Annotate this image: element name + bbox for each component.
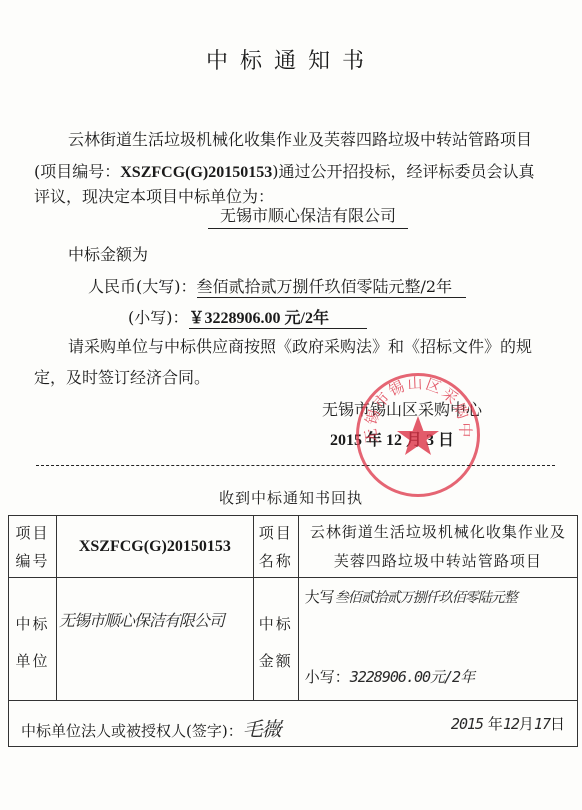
sign-date-day: 17 [534, 715, 550, 733]
notice-paragraph-line1: 云林街道生活垃圾机械化收集作业及芙蓉四路垃圾中转站管路项目 [68, 127, 532, 150]
project-code-suffix: )通过公开招投标，经评标委员会认真 [272, 162, 534, 181]
sign-date-month: 12 [503, 715, 519, 733]
winner-handwritten: 无锡市顺心保洁有限公司 [57, 611, 224, 630]
sign-date-year: 2015 [451, 715, 483, 733]
amount-lower-row: 小写：3228906.00元/2年 [305, 666, 474, 687]
winner-label: 中标 单位 [9, 578, 57, 701]
notice-paragraph-line2: (项目编号：XSZFCG(G)20150153)通过公开招投标，经评标委员会认真 [34, 159, 535, 182]
notice-paragraph2-line1: 请采购单位与中标供应商按照《政府采购法》和《招标文件》的规 [68, 334, 532, 357]
amount-lower-handwritten: 3228906.00元/2年 [350, 668, 474, 686]
amount-upper-row: 人民币(大写)：叁佰贰拾贰万捌仟玖佰零陆元整/2年 [88, 274, 466, 298]
issue-date: 2015 年 12 月 3 日 [330, 427, 454, 450]
cut-line-divider [36, 465, 555, 466]
sign-date: 2015 年12月17日 [451, 713, 565, 734]
amount-lower-label: 小写： [305, 668, 350, 686]
receipt-table: 项目 编号 XSZFCG(G)20150153 项目 名称 云林街道生活垃圾机械… [8, 515, 578, 747]
winning-company: 无锡市顺心保洁有限公司 [208, 203, 408, 229]
winner-handwritten-cell[interactable]: 无锡市顺心保洁有限公司 [56, 578, 253, 701]
project-code-label: 项目 编号 [9, 516, 57, 578]
issuer-name: 无锡市锡山区采购中心 [322, 397, 482, 420]
amount-upper-label: 人民币(大写)： [88, 277, 197, 296]
project-code: XSZFCG(G)20150153 [120, 164, 272, 181]
project-code-prefix: (项目编号： [34, 162, 120, 181]
amount-label: 中标 金额 [253, 578, 298, 701]
amount-upper-handwritten: 叁佰贰拾贰万捌仟玖佰零陆元整 [335, 590, 517, 606]
label-line: 金额 [254, 646, 298, 676]
label-line: 单位 [9, 646, 56, 676]
signature-cell[interactable]: 中标单位法人或被授权人(签字)：毛嶶 2015 年12月17日 [9, 701, 578, 747]
label-line: 项目 [254, 519, 298, 547]
sign-date-day-unit: 日 [550, 715, 565, 733]
amount-lower-value: ￥3228906.00 元/2年 [189, 305, 367, 329]
signature-label: 中标单位法人或被授权人(签字)： [21, 722, 243, 740]
table-row-winner: 中标 单位 无锡市顺心保洁有限公司 中标 金额 大写叁佰贰拾贰万捌仟玖佰零陆元整… [9, 578, 578, 701]
label-line: 中标 [9, 602, 56, 646]
signature-row: 中标单位法人或被授权人(签字)：毛嶶 [21, 713, 281, 742]
signature-handwritten: 毛嶶 [243, 717, 281, 741]
label-line: 名称 [254, 547, 298, 575]
amount-lower-label: (小写)： [128, 308, 189, 327]
document-title: 中标通知书 [0, 44, 582, 75]
label-line: 中标 [254, 602, 298, 646]
amount-heading: 中标金额为 [68, 242, 148, 265]
amount-upper-label: 大写 [305, 588, 335, 606]
project-name-label: 项目 名称 [253, 516, 298, 578]
table-row-signature: 中标单位法人或被授权人(签字)：毛嶶 2015 年12月17日 [9, 701, 578, 747]
project-name-line: 云林街道生活垃圾机械化收集作业及 [299, 518, 577, 547]
amount-handwritten-cell[interactable]: 大写叁佰贰拾贰万捌仟玖佰零陆元整 小写：3228906.00元/2年 [298, 578, 577, 701]
amount-lower-row: (小写)：￥3228906.00 元/2年 [128, 305, 367, 329]
project-name-value: 云林街道生活垃圾机械化收集作业及 芙蓉四路垃圾中转站管路项目 [298, 516, 577, 578]
sign-date-month-unit: 月 [519, 715, 534, 733]
notice-paragraph2-line2: 定，及时签订经济合同。 [34, 365, 210, 388]
sign-date-year-unit: 年 [488, 715, 503, 733]
project-code-value: XSZFCG(G)20150153 [56, 516, 253, 578]
amount-upper-row: 大写叁佰贰拾贰万捌仟玖佰零陆元整 [305, 586, 517, 607]
label-line: 编号 [9, 547, 56, 575]
table-row-project: 项目 编号 XSZFCG(G)20150153 项目 名称 云林街道生活垃圾机械… [9, 516, 578, 578]
project-name-line: 芙蓉四路垃圾中转站管路项目 [299, 547, 577, 576]
receipt-title: 收到中标通知书回执 [0, 487, 582, 508]
label-line: 项目 [9, 519, 56, 547]
amount-upper-value: 叁佰贰拾贰万捌仟玖佰零陆元整/2年 [197, 274, 467, 298]
